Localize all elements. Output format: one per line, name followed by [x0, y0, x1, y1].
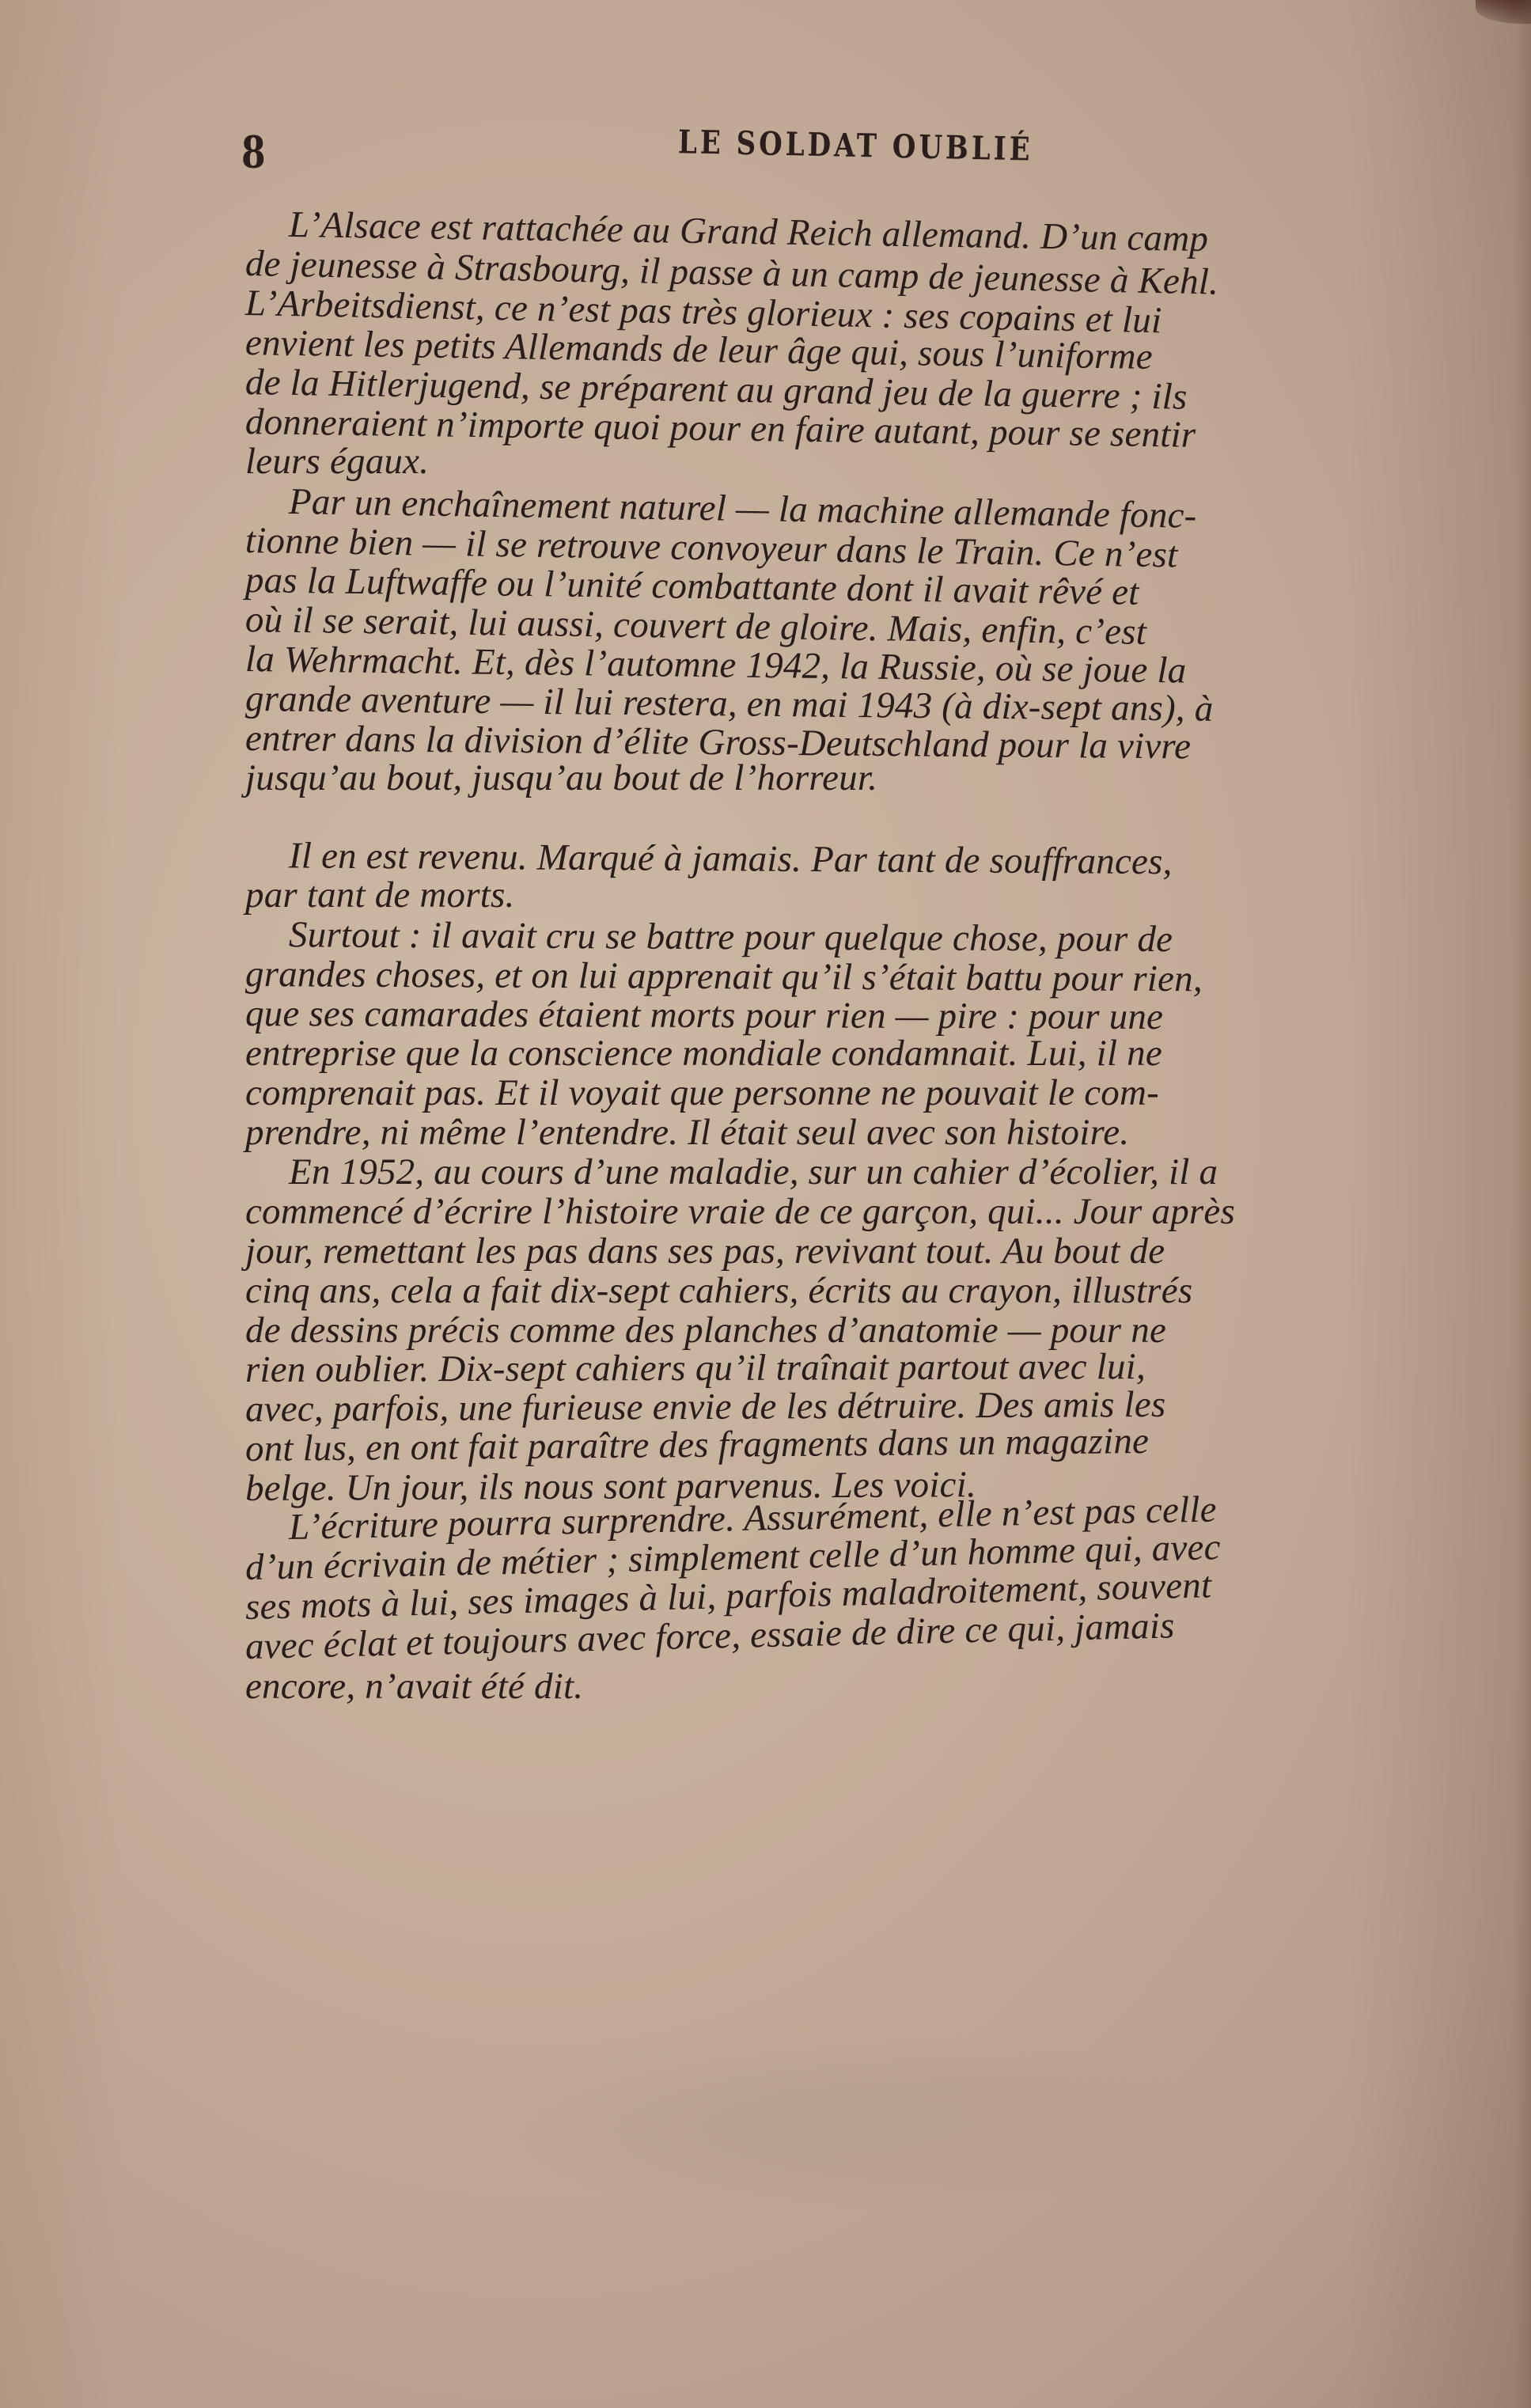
page-right-edge: [1514, 0, 1531, 2408]
paragraph-2: Par un enchaînement naturel — la machine…: [245, 481, 1416, 798]
text-line: jour, remettant les pas dans ses pas, re…: [245, 1231, 1416, 1271]
paragraph-1: L’Alsace est rattachée au Grand Reich al…: [245, 204, 1416, 481]
text-line: comprenait pas. Et il voyait que personn…: [245, 1073, 1416, 1113]
section-gap: [245, 798, 1416, 836]
paragraph-5: En 1952, au cours d’une maladie, sur un …: [245, 1152, 1416, 1508]
text-line: cinq ans, cela a fait dix-sept cahiers, …: [245, 1271, 1416, 1310]
text-line: En 1952, au cours d’une maladie, sur un …: [245, 1152, 1416, 1192]
book-title: LE SOLDAT OUBLIÉ: [677, 123, 1033, 169]
text-line: entreprise que la conscience mondiale co…: [245, 1033, 1416, 1073]
page-number: 8: [241, 128, 266, 179]
show-through-text: [443, 2026, 1234, 2216]
body-text: L’Alsace est rattachée au Grand Reich al…: [245, 204, 1416, 1706]
text-line: encore, n’avait été dit.: [245, 1667, 1416, 1706]
text-line: Surtout : il avait cru se battre pour qu…: [245, 915, 1416, 961]
paragraph-3: Il en est revenu. Marqué à jamais. Par t…: [245, 836, 1416, 915]
paragraph-6: L’écriture pourra surprendre. Assurément…: [245, 1508, 1416, 1706]
paragraph-4: Surtout : il avait cru se battre pour qu…: [245, 915, 1416, 1152]
text-line: rien oublier. Dix-sept cahiers qu’il tra…: [245, 1346, 1416, 1390]
text-line: commencé d’écrire l’histoire vraie de ce…: [245, 1192, 1416, 1231]
text-line: de dessins précis comme des planches d’a…: [245, 1310, 1416, 1350]
text-line: que ses camarades étaient morts pour rie…: [245, 994, 1416, 1037]
book-page: 8 LE SOLDAT OUBLIÉ L’Alsace est rattaché…: [0, 0, 1531, 2408]
running-head: 8 LE SOLDAT OUBLIÉ: [241, 127, 1349, 182]
text-line: prendre, ni même l’entendre. Il était se…: [245, 1113, 1416, 1152]
text-line: Il en est revenu. Marqué à jamais. Par t…: [245, 836, 1416, 883]
text-line: ont lus, en ont fait paraître des fragme…: [245, 1419, 1416, 1469]
